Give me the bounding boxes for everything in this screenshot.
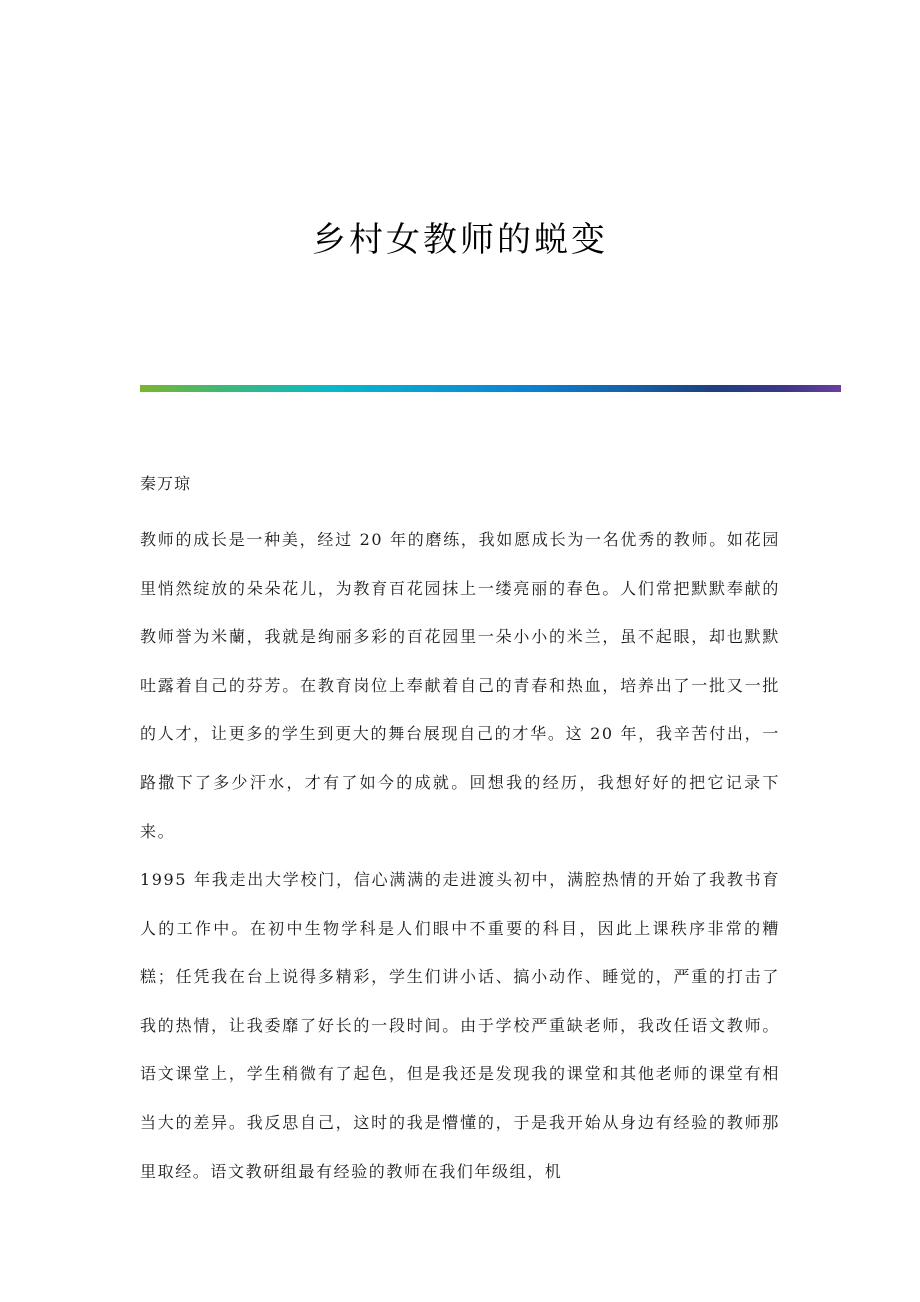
body-paragraph: 教师的成长是一种美，经过 20 年的磨练，我如愿成长为一名优秀的教师。如花园里悄… (140, 516, 780, 856)
gradient-divider (140, 385, 841, 392)
author-name: 秦万琼 (140, 470, 191, 498)
body-paragraph: 1995 年我走出大学校门，信心满满的走进渡头初中，满腔热情的开始了我教书育人的… (140, 856, 780, 1196)
document-title: 乡村女教师的蜕变 (0, 214, 920, 266)
